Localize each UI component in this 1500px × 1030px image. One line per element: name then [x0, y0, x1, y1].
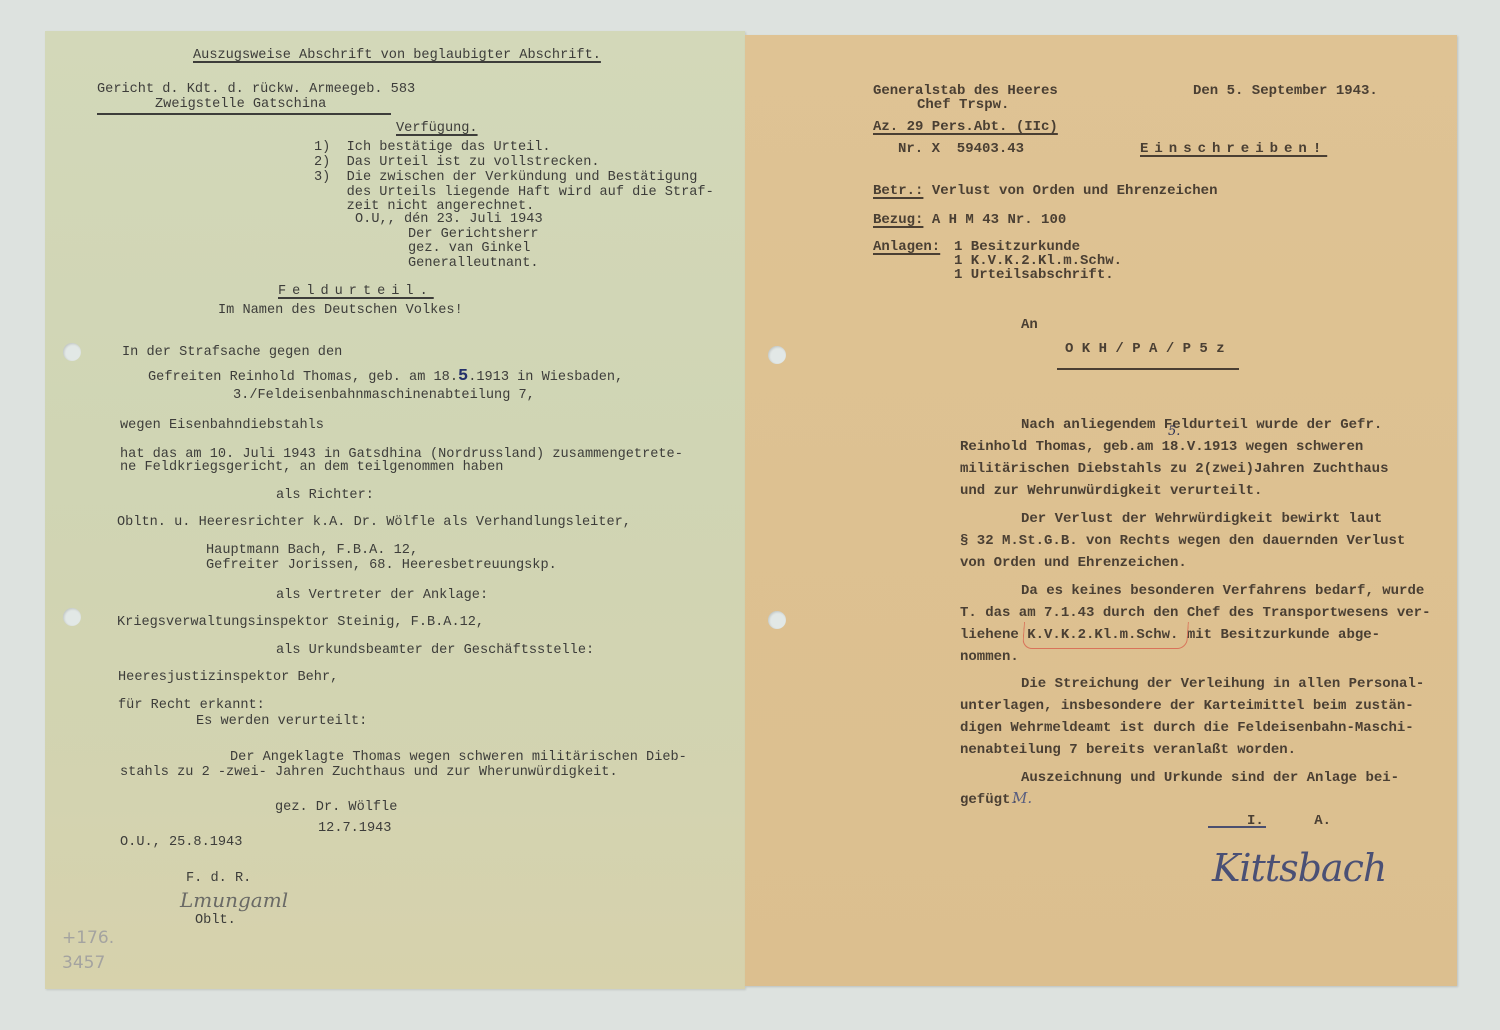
als-richter: als Richter: [276, 488, 374, 503]
charge: wegen Eisenbahndiebstahls [120, 418, 324, 433]
betreff-value: Verlust von Orden und Ehrenzeichen [932, 183, 1218, 199]
accused-text-b: .1913 in Wiesbaden, [468, 370, 623, 385]
punch-hole [768, 346, 786, 364]
fdr-label: F. d. R. [186, 871, 251, 886]
betreff-row: Betr.: Verlust von Orden und Ehrenzeiche… [873, 184, 1217, 199]
verfuegung-item: 1) Ich bestätige das Urteil. [314, 140, 551, 155]
paragraph-line: Nach anliegendem Feldurteil wurde der Ge… [1021, 418, 1382, 433]
verdict: Der Angeklagte Thomas wegen schweren mil… [230, 750, 687, 765]
punch-hole [63, 343, 81, 361]
anlage-item: 1 Urteilsabschrift. [954, 268, 1114, 283]
anlagen-label: Anlagen: [873, 240, 940, 255]
accused-line: Gefreiten Reinhold Thomas, geb. am 18.5.… [148, 369, 623, 385]
paragraph-line: und zur Wehrunwürdigkeit verurteilt. [960, 484, 1262, 499]
paragraph-line: digen Wehrmeldeamt ist durch die Feldeis… [960, 721, 1414, 736]
betreff-label: Betr.: [873, 183, 923, 199]
feldurteil-title: Feldurteil. [278, 284, 434, 299]
divider-line [97, 113, 391, 115]
signer-name: gez. van Ginkel [408, 241, 530, 256]
paragraph-line: Da es keines besonderen Verfahrens bedar… [1021, 584, 1424, 599]
letter-date: Den 5. September 1943. [1193, 84, 1378, 99]
pencil-note: +176. [62, 928, 114, 948]
accused-text-a: Gefreiten Reinhold Thomas, geb. am 18. [148, 370, 458, 385]
pencil-note: 3457 [62, 953, 105, 973]
als-anklage: als Vertreter der Anklage: [276, 588, 488, 603]
paragraph-line: T. das am 7.1.43 durch den Chef des Tran… [960, 606, 1430, 621]
copy-date: O.U., 25.8.1943 [120, 835, 242, 850]
verfuegung-title: Verfügung. [396, 121, 478, 136]
im-namen-line: Im Namen des Deutschen Volkes! [218, 303, 463, 318]
verdict-date: 12.7.1943 [318, 821, 391, 836]
handwritten-initials: M. [1012, 789, 1032, 807]
judge: Hauptmann Bach, F.B.A. 12, [206, 543, 418, 558]
paragraph-line: Der Verlust der Wehrwürdigkeit bewirkt l… [1021, 512, 1382, 527]
es-werden: Es werden verurteilt: [196, 714, 367, 729]
sender-department: Chef Trspw. [917, 98, 1009, 113]
recipient: O K H / P A / P 5 z [1065, 342, 1225, 357]
verfuegung-item: des Urteils liegende Haft wird auf die S… [314, 185, 714, 200]
paragraph-line: § 32 M.St.G.B. von Rechts wegen den daue… [960, 534, 1405, 549]
judge: Gefreiter Jorissen, 68. Heeresbetreuungs… [206, 558, 557, 573]
verfuegung-item: 3) Die zwischen der Verkündung und Bestä… [314, 170, 697, 185]
fdr-signature: Lmungaml [180, 888, 288, 912]
paragraph-line: Die Streichung der Verleihung in allen P… [1021, 677, 1424, 692]
paragraph-line: unterlagen, insbesondere der Karteimitte… [960, 699, 1414, 714]
signer-role: Der Gerichtsherr [408, 227, 539, 242]
reference-nr: Nr. X 59403.43 [898, 142, 1024, 157]
gez-signer: gez. Dr. Wölfle [275, 800, 397, 815]
an-label: An [1021, 318, 1038, 333]
verfuegung-place-date: O.U,, dén 23. Juli 1943 [355, 212, 543, 227]
paragraph-line: nenabteilung 7 bereits veranlaßt worden. [960, 743, 1296, 758]
paragraph-line: von Orden und Ehrenzeichen. [960, 556, 1187, 571]
reference-az: Az. 29 Pers.Abt. (IIc) [873, 120, 1058, 135]
prosecutor: Kriegsverwaltungsinspektor Steinig, F.B.… [117, 615, 484, 630]
court-name: Gericht d. Kdt. d. rückw. Armeegeb. 583 [97, 82, 415, 97]
paragraph-line: Reinhold Thomas, geb.am 18.V.1913 wegen … [960, 440, 1363, 455]
accused-unit: 3./Feldeisenbahnmaschinenabteilung 7, [233, 388, 535, 403]
punch-hole [768, 611, 786, 629]
fdr-rank: Oblt. [195, 913, 236, 928]
als-urkundsbeamter: als Urkundsbeamter der Geschäftsstelle: [276, 643, 594, 658]
paragraph-line: nommen. [960, 650, 1019, 665]
court-session: ne Feldkriegsgericht, an dem teilgenomme… [120, 460, 503, 475]
paragraph-line: Auszeichnung und Urkunde sind der Anlage… [1021, 771, 1399, 786]
red-pencil-mark [1022, 622, 1189, 649]
strafsache-intro: In der Strafsache gegen den [122, 345, 342, 360]
verdict: stahls zu 2 -zwei- Jahren Zuchthaus und … [120, 765, 618, 780]
punch-hole [63, 608, 81, 626]
court-branch: Zweigstelle Gatschina [155, 97, 326, 112]
verfuegung-item: 2) Das Urteil ist zu vollstrecken. [314, 155, 600, 170]
divider-line [1057, 368, 1239, 370]
bezug-row: Bezug: A H M 43 Nr. 100 [873, 213, 1066, 228]
bezug-value: A H M 43 Nr. 100 [932, 212, 1066, 228]
bezug-label: Bezug: [873, 212, 923, 228]
signature-stroke [1208, 826, 1266, 828]
paragraph-line: gefügt. [960, 793, 1019, 808]
document-heading: Auszugsweise Abschrift von beglaubigter … [193, 48, 601, 63]
handwritten-month: 5 [458, 367, 468, 386]
signature: Kittsbach [1212, 846, 1386, 890]
paragraph-line: militärischen Diebstahls zu 2(zwei)Jahre… [960, 462, 1388, 477]
judge: Obltn. u. Heeresrichter k.A. Dr. Wölfle … [117, 515, 631, 530]
handwritten-correction: 5. [1168, 424, 1180, 439]
fuer-recht: für Recht erkannt: [118, 698, 265, 713]
clerk: Heeresjustizinspektor Behr, [118, 670, 338, 685]
einschreiben-label: Einschreiben! [1140, 142, 1327, 157]
signer-rank: Generalleutnant. [408, 256, 539, 271]
